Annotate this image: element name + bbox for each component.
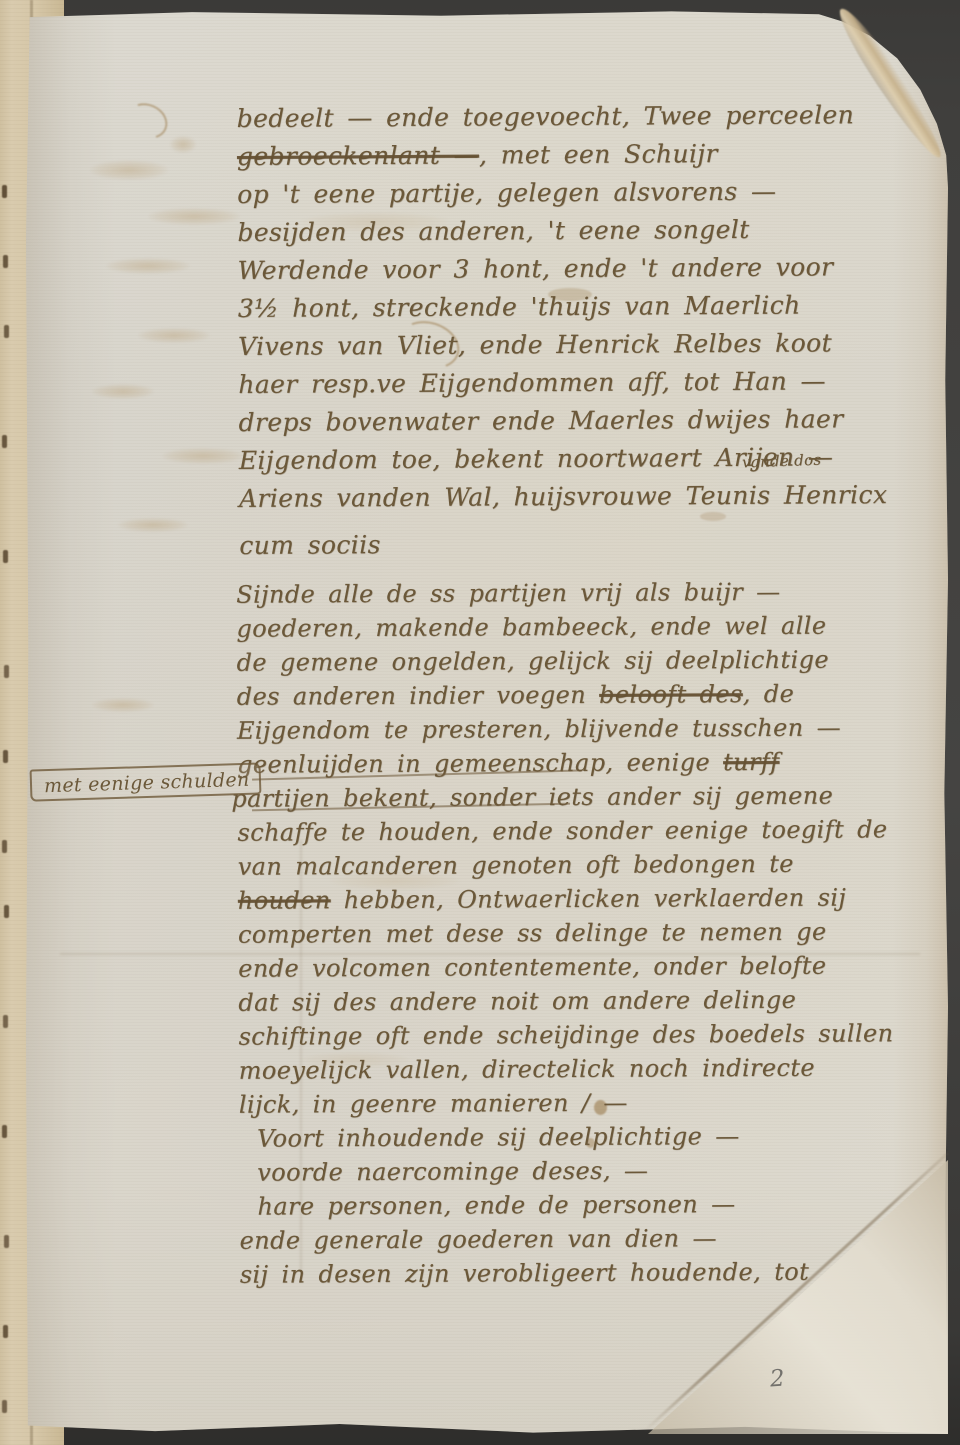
line-text: sij in desen zijn verobligeert houdende,…	[240, 1258, 809, 1289]
manuscript-line: gebroeckenlant —, met een Schuijr	[237, 134, 886, 176]
line-text: Vivens van Vliet, ende Henrick Relbes ko…	[238, 328, 832, 361]
manuscript-line: van malcanderen genoten oft bedongen te	[238, 846, 893, 883]
page-number-text: 2	[769, 1366, 785, 1393]
manuscript-line: 3½ hont, streckende 'thuijs van Maerlich	[238, 286, 887, 328]
manuscript-line: moeyelijck vallen, directelick noch indi…	[239, 1050, 894, 1087]
manuscript-line: partijen bekent, sonder iets ander sij g…	[231, 778, 892, 815]
line-text: schiftinge oft ende scheijdinge des boed…	[238, 1019, 893, 1050]
binding-stitch-marks	[2, 185, 7, 198]
line-strike-text: turff	[723, 748, 779, 776]
line-text: hare personen, ende de personen —	[257, 1190, 735, 1221]
page-number: 2	[769, 1366, 785, 1393]
line-text: voorde naercominge deses, —	[257, 1157, 648, 1187]
manuscript-line: Sijnde alle de ss partijen vrij als buij…	[236, 574, 891, 611]
manuscript-line: lijck, in geenre manieren / —	[239, 1084, 894, 1121]
line-text: Ariens vanden Wal, huijsvrouwe Teunis He…	[239, 480, 888, 513]
line-text: Werdende voor 3 hont, ende 't andere voo…	[238, 252, 834, 285]
line-text: haer resp.ve Eijgendommen aff, tot Han —	[238, 366, 826, 399]
manuscript-line: de gemene ongelden, gelijck sij deelplic…	[236, 642, 891, 679]
interlinear-note: vande dos	[742, 451, 822, 472]
line-text: moeyelijck vallen, directelick noch indi…	[239, 1054, 815, 1085]
margin-note-text: met eenige schulden	[44, 769, 250, 797]
manuscript-line: bedeelt — ende toegevoecht, Twee perceel…	[237, 96, 886, 138]
line-text: besijden des anderen, 't eene songelt	[237, 215, 749, 247]
line-text: dat sij des andere noit om andere deling…	[238, 986, 796, 1017]
line-strike-text: belooft des	[599, 680, 743, 709]
line-text: op 't eene partije, gelegen alsvorens —	[237, 177, 776, 209]
line-text: bedeelt — ende toegevoecht, Twee perceel…	[237, 100, 855, 133]
line-text: ende volcomen contentemente, onder belof…	[238, 952, 826, 983]
paragraph-2: Sijnde alle de ss partijen vrij als buij…	[236, 574, 895, 1291]
manuscript-line: ende volcomen contentemente, onder belof…	[238, 948, 893, 985]
line-text: ende generale goederen van dien —	[240, 1224, 717, 1254]
manuscript-line: Werdende voor 3 hont, ende 't andere voo…	[238, 248, 887, 290]
manuscript-line: dreps bovenwater ende Maerles dwijes hae…	[238, 400, 887, 442]
photo-background: bedeelt — ende toegevoecht, Twee perceel…	[0, 0, 960, 1445]
manuscript-line: op 't eene partije, gelegen alsvorens —	[237, 172, 886, 214]
line-text: hebben, Ontwaerlicken verklaerden sij	[331, 884, 847, 915]
manuscript-line: Voort inhoudende sij deelplichtige —	[239, 1118, 894, 1155]
manuscript-line: cum sociis	[239, 523, 888, 565]
manuscript-line: schaffe te houden, ende sonder eenige to…	[237, 812, 892, 849]
line-text: , met een Schuijr	[479, 139, 718, 169]
manuscript-line: voorde naercominge deses, —	[239, 1152, 894, 1189]
manuscript-line: dat sij des andere noit om andere deling…	[238, 982, 893, 1019]
manuscript-line: Vivens van Vliet, ende Henrick Relbes ko…	[238, 324, 887, 366]
line-text: Eijgendom te presteren, blijvende tussch…	[237, 714, 841, 745]
manuscript-line: hare personen, ende de personen —	[239, 1186, 894, 1223]
line-text: 3½ hont, streckende 'thuijs van Maerlich	[238, 291, 801, 323]
line-text: de gemene ongelden, gelijck sij deelplic…	[237, 646, 830, 677]
line-strike-text: houden	[238, 886, 331, 914]
line-strike-text: gebroeckenlant —	[237, 141, 479, 171]
line-text: cum sociis	[239, 530, 381, 560]
line-text: des anderen indier voegen	[237, 681, 600, 711]
interlinear-note-text: vande dos	[742, 451, 822, 472]
line-text: dreps bovenwater ende Maerles dwijes hae…	[238, 404, 843, 437]
manuscript-line: besijden des anderen, 't eene songelt	[237, 210, 886, 252]
line-text: goederen, makende bambeeck, ende wel all…	[236, 612, 826, 643]
line-text: schaffe te houden, ende sonder eenige to…	[237, 815, 887, 846]
manuscript-line: haer resp.ve Eijgendommen aff, tot Han —	[238, 362, 887, 404]
manuscript-line: ende generale goederen van dien —	[240, 1220, 895, 1257]
line-text: lijck, in geenre manieren / —	[239, 1089, 628, 1119]
manuscript-line: schiftinge oft ende scheijdinge des boed…	[238, 1016, 893, 1053]
manuscript-line: comperten met dese ss delinge te nemen g…	[238, 914, 893, 951]
line-text: Sijnde alle de ss partijen vrij als buij…	[236, 578, 780, 609]
line-text: , de	[743, 680, 795, 708]
manuscript-line: des anderen indier voegen belooft des, d…	[237, 676, 892, 713]
line-text: van malcanderen genoten oft bedongen te	[238, 850, 794, 881]
paragraph-1: bedeelt — ende toegevoecht, Twee perceel…	[237, 96, 888, 565]
manuscript-line: Eijgendom te presteren, blijvende tussch…	[237, 710, 892, 747]
line-text: comperten met dese ss delinge te nemen g…	[238, 918, 827, 949]
manuscript-line: houden hebben, Ontwaerlicken verklaerden…	[238, 880, 893, 917]
line-text: Voort inhoudende sij deelplichtige —	[257, 1122, 740, 1153]
manuscript-line: sij in desen zijn verobligeert houdende,…	[240, 1254, 895, 1291]
manuscript-line: Ariens vanden Wal, huijsvrouwe Teunis He…	[239, 476, 888, 518]
manuscript-line: goederen, makende bambeeck, ende wel all…	[236, 608, 891, 645]
